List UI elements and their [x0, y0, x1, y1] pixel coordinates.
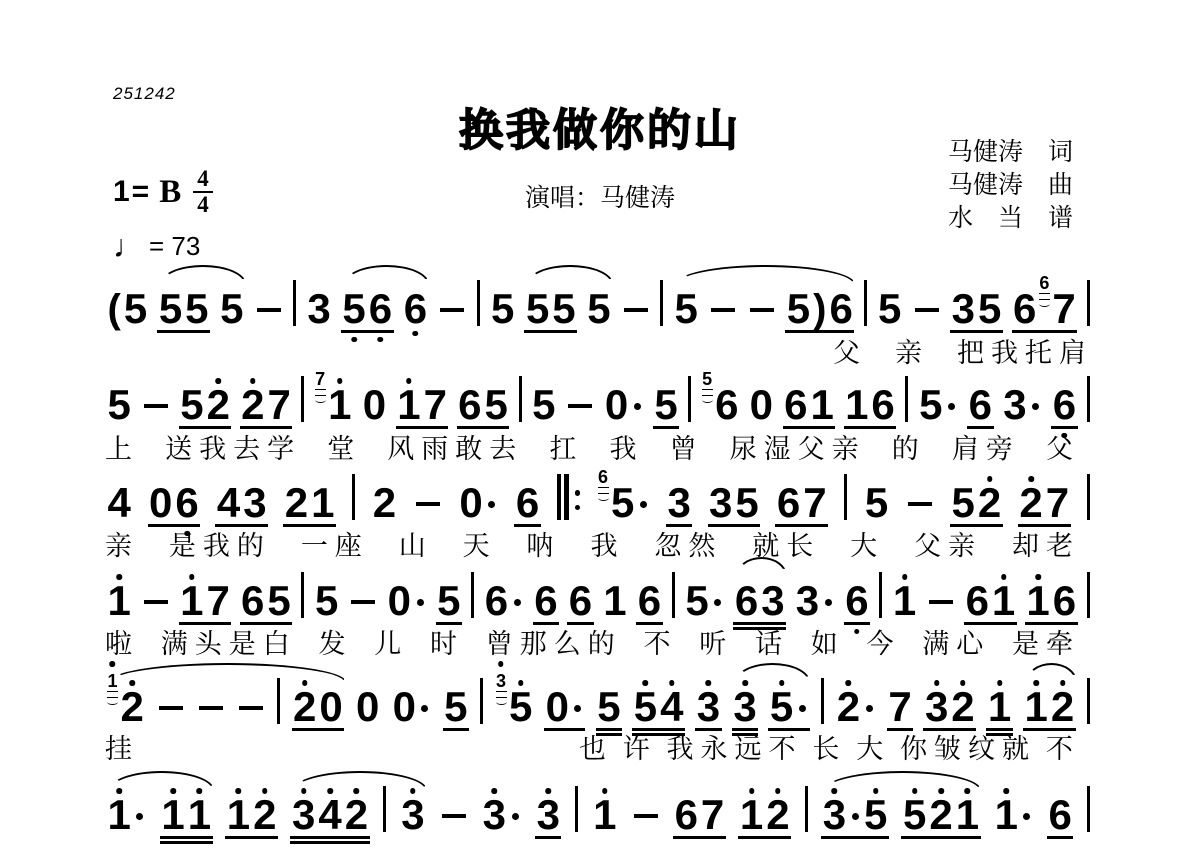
barline	[277, 678, 280, 724]
note-digit: 3	[483, 799, 506, 832]
note-digit: 1	[995, 799, 1018, 832]
note-token: 35	[821, 799, 889, 832]
note-digit: 7	[888, 691, 911, 724]
duration-dash	[711, 308, 735, 313]
augmentation-dot	[1023, 813, 1030, 820]
note-digit: 2	[929, 799, 952, 832]
grace-slur-icon	[598, 495, 609, 501]
note-digit: 6	[516, 487, 539, 520]
lyric-word: 也	[579, 734, 613, 764]
note-digit: 1	[593, 799, 616, 832]
repeat-sign	[557, 474, 581, 520]
note-digit: 5	[611, 487, 634, 520]
duration-dash	[159, 706, 183, 711]
note-digit: 2	[241, 389, 264, 422]
grace-note: 3	[496, 672, 507, 705]
lyrics-line-1: 父亲把我托肩	[833, 338, 1093, 368]
grace-slur-icon	[315, 397, 326, 403]
note-digit: 0	[605, 389, 628, 422]
note-token: 12	[738, 799, 791, 832]
note-token: 3	[732, 691, 758, 724]
note-digit: 5	[437, 585, 460, 618]
repeat-dot	[575, 505, 581, 511]
note-digit: 5	[675, 293, 698, 326]
octave-dot-high	[546, 788, 552, 794]
slur-arc	[344, 265, 429, 284]
grace-slur-icon	[496, 699, 507, 705]
lyric-word: 许	[623, 734, 657, 764]
lyric-word: 亲	[105, 531, 139, 561]
octave-dot-high	[987, 476, 993, 482]
grace-underlines	[315, 389, 326, 396]
eighth-underline	[567, 622, 593, 625]
note-digit: 1	[988, 691, 1011, 724]
note-digit: 6	[404, 293, 427, 326]
grace-underlines	[598, 487, 609, 494]
octave-dot-high	[775, 788, 781, 794]
parenthesis: (	[108, 293, 121, 326]
augmentation-dot	[948, 403, 955, 410]
note-digit: 5	[159, 293, 182, 326]
note-token: 6	[483, 585, 524, 618]
duration-dash	[144, 404, 168, 409]
note-digit: 1	[956, 799, 979, 832]
lyric-word: 大	[856, 734, 890, 764]
note-token: 6	[1051, 389, 1077, 422]
note-digit: 1	[180, 585, 203, 618]
note-digit: 7	[701, 799, 724, 832]
augmentation-dot	[136, 813, 143, 820]
duration-dash	[750, 308, 774, 313]
eighth-underline	[986, 728, 1012, 731]
lyric-word: 不	[644, 629, 678, 659]
note-token: 5	[918, 389, 959, 422]
note-digit: 4	[108, 487, 131, 520]
note-token: 5	[673, 293, 699, 326]
eighth-underline	[514, 524, 540, 527]
note-digit: 5	[864, 799, 887, 832]
note-digit: 6	[175, 487, 198, 520]
eighth-underline	[457, 426, 510, 429]
grace-note: 6	[1039, 274, 1050, 307]
note-token: 3	[481, 799, 522, 832]
note-digit: 1	[992, 585, 1015, 618]
eighth-underline	[732, 728, 758, 731]
note-digit: 6	[1053, 585, 1076, 618]
lyric-word: 堂	[327, 434, 361, 464]
solfa-prefix: 1=	[113, 175, 151, 209]
note-digit: 5	[978, 293, 1001, 326]
note-digit: 3	[1003, 389, 1026, 422]
note-token: 3	[1002, 389, 1043, 422]
augmentation-dot	[512, 813, 519, 820]
barline	[864, 280, 867, 326]
note-digit: 5	[787, 293, 810, 326]
lyric-word: 满心	[922, 629, 990, 659]
note-digit: 3	[697, 691, 720, 724]
note-digit: 5	[185, 293, 208, 326]
note-token: 0	[544, 691, 585, 724]
note-digit: 1	[227, 799, 250, 832]
barline	[471, 572, 474, 618]
performer-line: 演唱：马健涛	[460, 178, 740, 214]
eighth-underline	[950, 330, 1003, 333]
repeat-dot	[575, 490, 581, 496]
note-token: 17	[396, 389, 449, 422]
note-token: 0	[391, 691, 432, 724]
note-token: 5	[653, 389, 679, 422]
lyric-word: 就长	[752, 531, 820, 561]
note-digit: 1	[311, 487, 334, 520]
note-token: 61	[964, 585, 1017, 618]
note-digit: 2	[285, 487, 308, 520]
eighth-underline	[157, 330, 210, 333]
eighth-underline	[785, 330, 854, 333]
slur-arc	[527, 265, 613, 284]
barline	[844, 474, 847, 520]
lyric-word: 送我去学	[165, 434, 301, 464]
eighth-underline	[436, 622, 462, 625]
barline	[477, 280, 480, 326]
slur-arc	[160, 265, 246, 284]
lyric-word: 肩旁	[952, 434, 1020, 464]
note-token: 5	[219, 293, 245, 326]
note-token: 43	[215, 487, 268, 520]
note-digit: 5	[444, 691, 467, 724]
note-token: 6	[514, 487, 540, 520]
note-token: 56	[341, 293, 394, 326]
grace-digit: 3	[496, 672, 506, 690]
lyric-word: 父	[833, 338, 867, 368]
octave-dot-low	[378, 337, 384, 343]
note-digit: 6	[369, 293, 392, 326]
lyric-word: 曾那么的	[486, 629, 622, 659]
note-digit: 4	[660, 691, 683, 724]
note-digit: 6	[638, 585, 661, 618]
grace-underlines	[107, 691, 118, 698]
eighth-underline	[653, 426, 679, 429]
eighth-underline	[225, 836, 278, 839]
lyric-word: 把我托肩	[957, 338, 1093, 368]
note-digit: 6	[829, 293, 852, 326]
note-digit: 0	[149, 487, 172, 520]
barline	[1087, 678, 1090, 724]
note-token: 1	[106, 799, 147, 832]
note-token: 1	[106, 585, 132, 618]
slur-arc	[824, 771, 981, 790]
note-digit: 5	[532, 389, 555, 422]
eighth-underline	[290, 836, 369, 839]
note-token: 21	[283, 487, 336, 520]
grace-digit: 5	[702, 370, 712, 388]
eighth-underline	[967, 426, 993, 429]
note-digit: 7	[267, 389, 290, 422]
note-digit: 4	[217, 487, 240, 520]
note-digit: 5	[878, 293, 901, 326]
note-digit: 5	[180, 389, 203, 422]
note-token: (5	[106, 293, 149, 326]
note-digit: 5	[509, 691, 532, 724]
note-digit: 5	[597, 691, 620, 724]
lyric-word: 如	[811, 629, 845, 659]
grace-slur-icon	[1039, 301, 1050, 307]
note-token: 5	[586, 293, 612, 326]
note-token: 55	[524, 293, 577, 326]
sheet-music-page: { "page_id": "251242", "title": "换我做你的山"…	[0, 0, 1200, 850]
note-digit: 1	[893, 585, 916, 618]
slur-arc	[109, 663, 346, 682]
note-digit: 5	[919, 389, 942, 422]
meter-fraction: 4 4	[193, 168, 213, 216]
eighth-underline	[544, 728, 585, 731]
note-digit: 1	[845, 389, 868, 422]
barline	[352, 474, 355, 520]
eighth-underline	[844, 622, 870, 625]
note-digit: 6	[969, 389, 992, 422]
eighth-underline	[1023, 728, 1076, 731]
note-token: 27	[1018, 487, 1071, 520]
note-digit: 5	[634, 691, 657, 724]
lyric-word: 却老	[1012, 531, 1080, 561]
credit-transcriber: 水 当 谱	[948, 202, 1073, 235]
barline	[293, 280, 296, 326]
music-line-6: 11112342333167123552116	[105, 788, 1092, 832]
octave-dot-high	[846, 680, 852, 686]
octave-dot-high	[1004, 788, 1010, 794]
note-digit: 1	[397, 389, 420, 422]
sixteenth-underline	[160, 841, 213, 844]
sixteenth-underline	[290, 841, 369, 844]
note-token: 521	[901, 799, 980, 832]
note-token: 3	[535, 799, 561, 832]
note-digit: 6	[735, 585, 758, 618]
note-digit: 2	[293, 691, 316, 724]
credits-block: 马健涛 词 马健涛 曲 水 当 谱	[948, 136, 1073, 235]
note-digit: 1	[161, 799, 184, 832]
note-digit: 6	[241, 585, 264, 618]
note-digit: 2	[345, 799, 368, 832]
note-token: 6	[533, 585, 559, 618]
lyric-word: 忽然	[654, 531, 722, 561]
eighth-underline	[783, 426, 836, 429]
barline	[821, 678, 824, 724]
note-digit: 1	[603, 585, 626, 618]
duration-dash	[199, 706, 223, 711]
note-digit: 2	[253, 799, 276, 832]
note-digit: 0	[356, 691, 379, 724]
note-digit: 6	[1013, 293, 1036, 326]
eighth-underline	[292, 728, 345, 731]
note-token: 16	[844, 389, 897, 422]
note-token: 0	[361, 389, 387, 422]
note-digit: 3	[292, 799, 315, 832]
lyrics-line-4: 啦满头是白发儿时曾那么的不听话如今满心是牵	[105, 629, 1080, 659]
eighth-underline	[179, 622, 232, 625]
lyric-word: 是牵	[1012, 629, 1080, 659]
slur-arc	[735, 663, 810, 682]
note-token: 71	[314, 389, 353, 422]
note-digit: 6	[1053, 389, 1076, 422]
lyric-word: 听	[699, 629, 733, 659]
barline	[805, 786, 808, 832]
lyric-word: 山	[399, 531, 433, 561]
lyric-word: 父	[1046, 434, 1080, 464]
note-digit: 7	[1052, 293, 1075, 326]
note-token: 20	[292, 691, 345, 724]
lyric-word: 啦	[105, 629, 139, 659]
note-digit: 0	[363, 389, 386, 422]
note-digit: 6	[966, 585, 989, 618]
octave-dot-high	[1001, 574, 1007, 580]
note-digit: 5	[220, 293, 243, 326]
note-token: 2	[371, 487, 397, 520]
octave-dot-high	[337, 378, 343, 384]
eighth-underline	[179, 426, 232, 429]
note-digit: 3	[796, 585, 819, 618]
lyric-word: 呐	[527, 531, 561, 561]
note-digit: 6	[845, 585, 868, 618]
note-token: 5	[443, 691, 469, 724]
note-digit: 5	[315, 585, 338, 618]
augmentation-dot	[714, 599, 721, 606]
note-token: 17	[179, 585, 232, 618]
octave-dot-high	[406, 378, 412, 384]
slur-arc	[109, 771, 214, 790]
grace-digit: 6	[598, 468, 608, 486]
octave-dot-high	[116, 574, 122, 580]
lyric-word: 一座	[301, 531, 369, 561]
meter-denominator: 4	[197, 193, 209, 216]
grace-underlines	[1039, 293, 1050, 300]
octave-dot-high	[997, 680, 1003, 686]
lyric-word: 父亲	[914, 531, 982, 561]
note-token: 5)6	[785, 293, 854, 326]
eighth-underline	[1047, 836, 1073, 839]
meter-numerator: 4	[193, 168, 213, 193]
note-digit: 2	[373, 487, 396, 520]
octave-dot-high	[1028, 476, 1034, 482]
note-token: 1	[986, 691, 1012, 724]
repeat-bar	[557, 474, 562, 520]
note-digit: 1	[328, 389, 351, 422]
note-token: 1	[891, 585, 917, 618]
note-token: 63	[733, 585, 786, 618]
note-digit: 6	[871, 389, 894, 422]
note-digit: 1	[188, 799, 211, 832]
eighth-underline	[708, 524, 761, 527]
note-token: 342	[290, 799, 369, 832]
repeat-bar	[564, 474, 569, 520]
note-token: 0	[458, 487, 499, 520]
note-token: 1	[993, 799, 1034, 832]
augmentation-dot	[488, 501, 495, 508]
note-token: 16	[1025, 585, 1078, 618]
octave-dot-high	[602, 788, 608, 794]
note-digit: 1	[1026, 585, 1049, 618]
note-digit: 3	[668, 487, 691, 520]
eighth-underline	[887, 728, 913, 731]
note-digit: 5	[865, 487, 888, 520]
note-digit: 3	[307, 293, 330, 326]
note-digit: 6	[777, 487, 800, 520]
tempo-mark: ♩ = 73	[113, 228, 200, 265]
grace-digit: 6	[1039, 274, 1049, 292]
lyric-word: 发	[319, 629, 353, 659]
note-token: 5	[489, 293, 515, 326]
lyric-word: 风雨敢去	[387, 434, 523, 464]
note-digit: 2	[766, 799, 789, 832]
augmentation-dot	[1032, 403, 1039, 410]
note-token: 32	[923, 691, 976, 724]
slur-arc	[676, 265, 855, 284]
eighth-underline	[396, 426, 449, 429]
eighth-underline	[1012, 330, 1078, 333]
note-digit: 6	[569, 585, 592, 618]
lyrics-line-5: 挂也许我永远不长大你皱纹就不	[105, 734, 1080, 764]
music-line-4: 11765505666165633616116	[105, 574, 1092, 618]
note-token: 5	[531, 389, 557, 422]
note-digit: 3	[952, 293, 975, 326]
eighth-underline	[768, 728, 809, 731]
note-digit: 5	[124, 293, 147, 326]
augmentation-dot	[825, 599, 832, 606]
note-token: 27	[240, 389, 293, 422]
eighth-underline	[950, 524, 1003, 527]
note-digit: 6	[675, 799, 698, 832]
tempo-value: = 73	[149, 231, 200, 262]
eighth-underline	[533, 622, 559, 625]
note-token: 5	[877, 293, 903, 326]
eighth-underline	[341, 330, 394, 333]
note-digit: 1	[1024, 691, 1047, 724]
octave-dot-high	[498, 661, 504, 667]
duration-dash	[624, 308, 648, 313]
lyric-word: 满头是白	[161, 629, 297, 659]
lyrics-line-3: 亲是我的一座山天呐我忽然就长大父亲却老	[105, 531, 1080, 561]
octave-dot-high	[902, 574, 908, 580]
lyric-word: 儿	[374, 629, 408, 659]
note-token: 6	[636, 585, 662, 618]
note-token: 0	[354, 691, 380, 724]
grace-digit: 7	[315, 370, 325, 388]
note-token: 35	[708, 487, 761, 520]
note-digit: 4	[318, 799, 341, 832]
octave-dot-high	[236, 788, 242, 794]
note-digit: 0	[459, 487, 482, 520]
note-token: 6	[844, 585, 870, 618]
note-digit: 6	[784, 389, 807, 422]
note-digit: 5	[552, 293, 575, 326]
note-token: 61	[783, 389, 836, 422]
augmentation-dot	[417, 599, 424, 606]
note-token: 667	[1012, 293, 1078, 326]
octave-dot-low	[351, 337, 357, 343]
octave-dot-high	[110, 661, 116, 667]
note-token: 3	[794, 585, 835, 618]
augmentation-dot	[574, 705, 581, 712]
eighth-underline	[923, 728, 976, 731]
augmentation-dot	[852, 813, 859, 820]
note-digit: 5	[654, 389, 677, 422]
grace-note: 6	[598, 468, 609, 501]
eighth-underline	[283, 524, 336, 527]
note-digit: 5	[685, 585, 708, 618]
note-token: 6	[1047, 799, 1073, 832]
note-token: 5	[863, 487, 889, 520]
eighth-underline	[596, 728, 622, 731]
note-token: 55	[157, 293, 210, 326]
lyric-word: 的	[892, 434, 926, 464]
